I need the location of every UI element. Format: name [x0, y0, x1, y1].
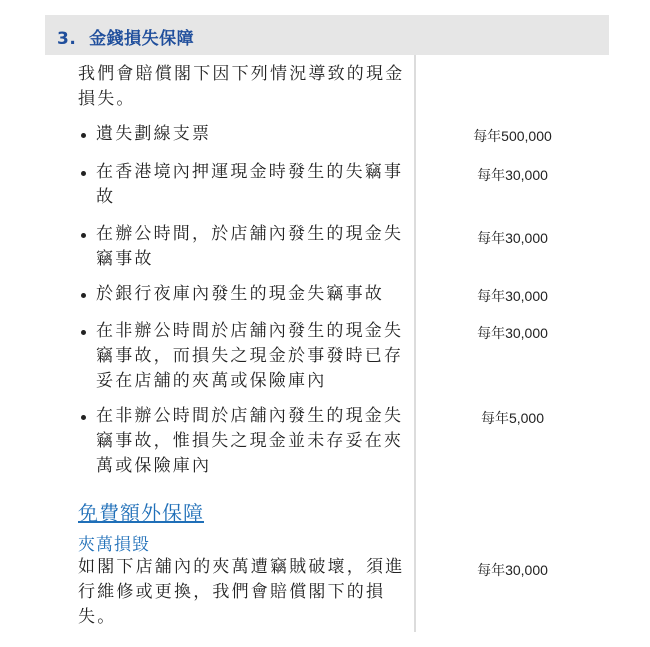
item-text: 在非辦公時間於店舖內發生的現金失竊事故，而損失之現金於事發時已存妥在店舖的夾萬或… — [96, 319, 408, 394]
item-text: 遺失劃線支票 — [96, 122, 408, 147]
intro-text: 我們會賠償閣下因下列情況導致的現金損失。 — [78, 62, 408, 112]
item-amount: 每年30,000 — [430, 286, 595, 306]
section-title: 3. 金錢損失保障 — [57, 24, 194, 49]
list-item: 遺失劃線支票 — [78, 122, 408, 147]
item-text: 在非辦公時間於店舖內發生的現金失竊事故，惟損失之現金並未存妥在夾萬或保險庫內 — [96, 404, 408, 479]
item-amount: 每年30,000 — [430, 323, 595, 343]
item-text: 在香港境內押運現金時發生的失竊事故 — [96, 160, 408, 210]
item-amount: 每年30,000 — [430, 165, 595, 185]
extra-description: 如閣下店舖內的夾萬遭竊賊破壞，須進行維修或更換，我們會賠償閣下的損失。 — [78, 555, 408, 630]
item-amount: 每年30,000 — [430, 228, 595, 248]
list-item: 在非辦公時間於店舖內發生的現金失竊事故，惟損失之現金並未存妥在夾萬或保險庫內 — [78, 404, 408, 479]
extra-coverage-link[interactable]: 免費額外保障 — [78, 497, 204, 526]
list-item: 在非辦公時間於店舖內發生的現金失竊事故，而損失之現金於事發時已存妥在店舖的夾萬或… — [78, 319, 408, 394]
section-header: 3. 金錢損失保障 — [45, 15, 609, 55]
item-text: 於銀行夜庫內發生的現金失竊事故 — [96, 282, 408, 307]
extra-subtitle: 夾萬損毀 — [78, 530, 150, 555]
column-divider — [414, 55, 416, 632]
list-item: 在香港境內押運現金時發生的失竊事故 — [78, 160, 408, 210]
extra-amount: 每年30,000 — [430, 560, 595, 580]
list-item: 在辦公時間，於店舖內發生的現金失竊事故 — [78, 222, 408, 272]
list-item: 於銀行夜庫內發生的現金失竊事故 — [78, 282, 408, 307]
item-amount: 每年500,000 — [430, 126, 595, 146]
item-amount: 每年5,000 — [430, 408, 595, 428]
item-text: 在辦公時間，於店舖內發生的現金失竊事故 — [96, 222, 408, 272]
